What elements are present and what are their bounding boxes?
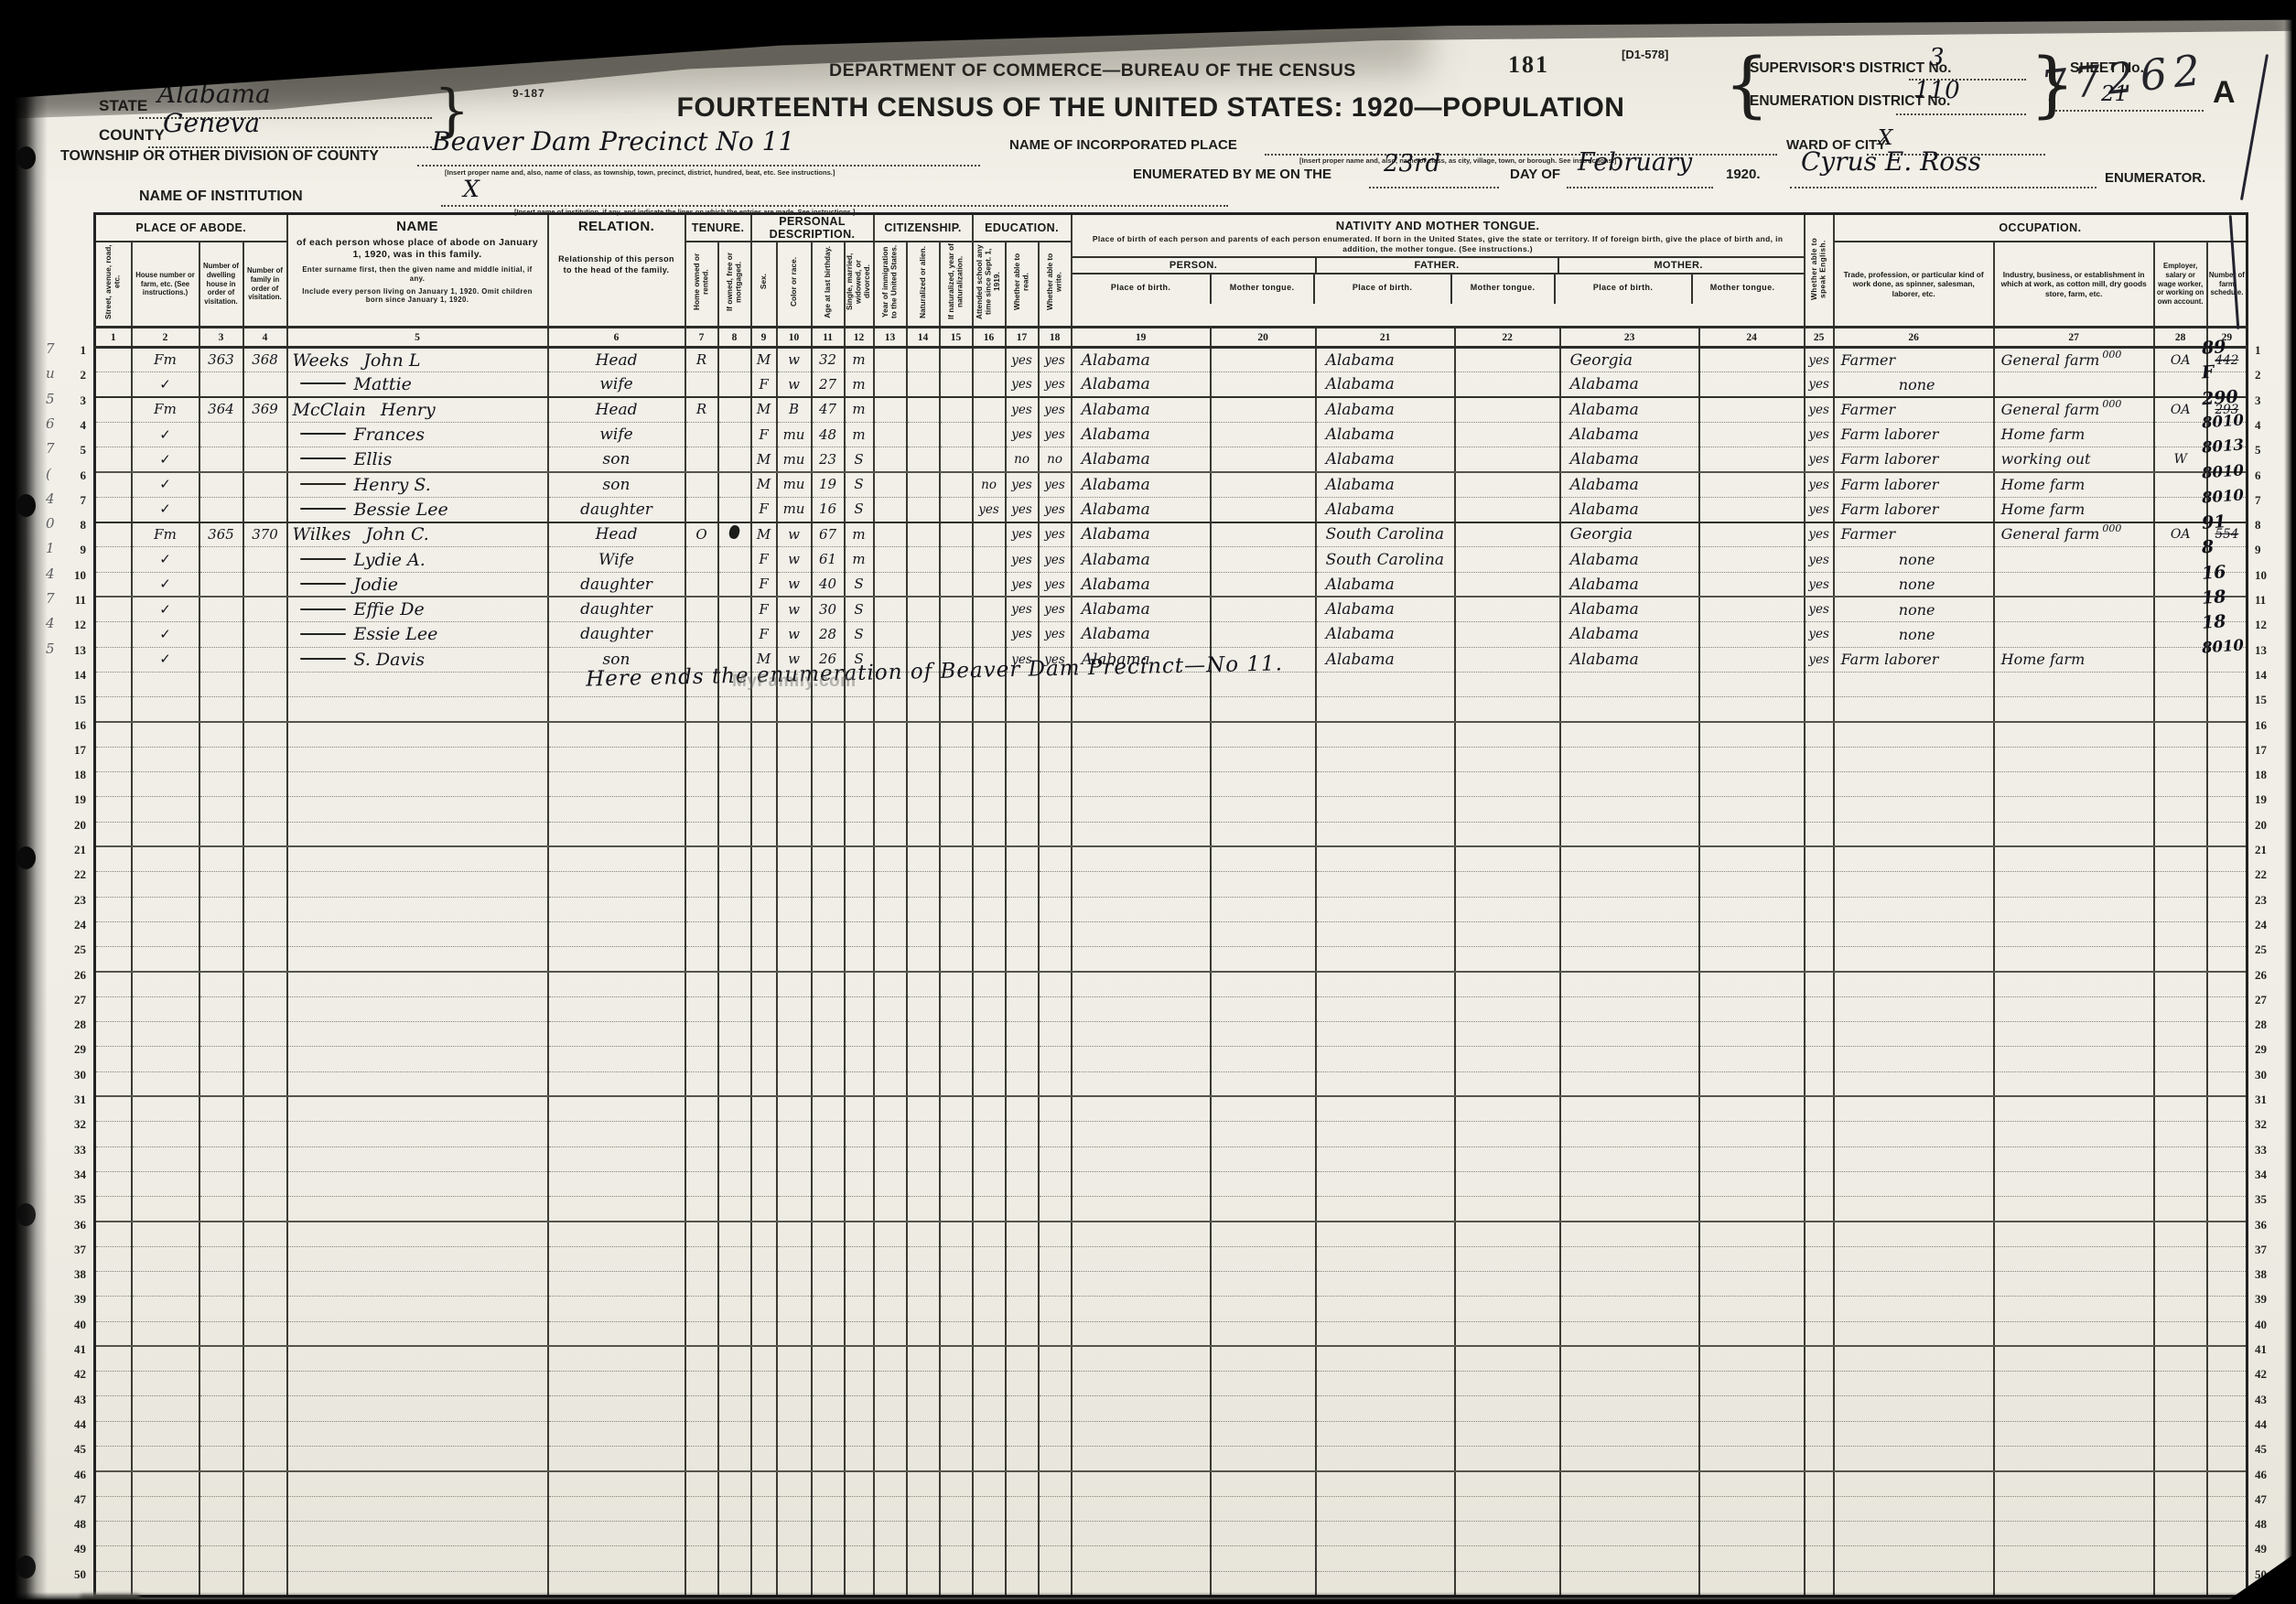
census-line-28: [95, 1022, 2247, 1047]
supervisor-district-label: SUPERVISOR'S DISTRICT No.: [1750, 60, 1951, 77]
line-number-right-13: 13: [2255, 643, 2279, 658]
column-industry: Industry, business, or establishment in …: [1994, 242, 2154, 328]
census-line-24: [95, 921, 2247, 946]
column-color-race: Color or race.: [777, 242, 812, 328]
column-number-26: 26: [1834, 328, 1994, 348]
column-free-mortgaged: If owned, free or mortgaged.: [718, 242, 751, 328]
census-line-40: [95, 1321, 2247, 1346]
margin-annotation-line-1: 89: [2201, 337, 2226, 359]
line-number-right-42: 42: [2255, 1367, 2279, 1382]
census-line-46: [95, 1471, 2247, 1496]
margin-annotation-line-13: 8010: [2201, 636, 2244, 656]
line-number-left-43: 43: [62, 1393, 86, 1407]
line-number-right-2: 2: [2255, 368, 2279, 382]
group-name: NAME of each person whose place of abode…: [287, 214, 548, 328]
line-number-left-39: 39: [62, 1292, 86, 1307]
column-number-5: 5: [287, 328, 548, 348]
column-number-4: 4: [243, 328, 287, 348]
line-number-left-47: 47: [62, 1492, 86, 1507]
census-line-41: [95, 1346, 2247, 1371]
column-number-19: 19: [1072, 328, 1211, 348]
column-age: Age at last birthday.: [812, 242, 845, 328]
line-number-right-9: 9: [2255, 543, 2279, 557]
line-number-right-25: 25: [2255, 942, 2279, 957]
census-line-36: [95, 1222, 2247, 1246]
column-able-to-write: Whether able to write.: [1039, 242, 1072, 328]
line-number-left-5: 5: [62, 443, 86, 458]
census-line-10: ✓JodiedaughterFw40SyesyesAlabamaAlabamaA…: [95, 572, 2247, 597]
census-line-47: [95, 1496, 2247, 1521]
column-number-22: 22: [1455, 328, 1560, 348]
line-number-right-47: 47: [2255, 1492, 2279, 1507]
column-number-10: 10: [777, 328, 812, 348]
line-number-right-36: 36: [2255, 1218, 2279, 1233]
township-label: TOWNSHIP OR OTHER DIVISION OF COUNTY: [60, 148, 379, 165]
column-number-7: 7: [685, 328, 718, 348]
line-number-right-48: 48: [2255, 1517, 2279, 1532]
year-label: 1920.: [1726, 167, 1761, 182]
line-number-left-24: 24: [62, 918, 86, 932]
census-line-31: [95, 1096, 2247, 1121]
column-able-to-read: Whether able to read.: [1006, 242, 1039, 328]
line-number-right-20: 20: [2255, 818, 2279, 833]
column-dwelling-number: Number of dwelling house in order of vis…: [199, 242, 243, 328]
line-number-right-28: 28: [2255, 1017, 2279, 1032]
census-line-15: [95, 697, 2247, 722]
institution-line: [441, 205, 1228, 207]
line-number-left-30: 30: [62, 1068, 86, 1082]
line-number-right-15: 15: [2255, 693, 2279, 707]
district-brace-right: }: [2030, 44, 2075, 126]
line-number-right-44: 44: [2255, 1417, 2279, 1432]
enumerated-month: February: [1578, 148, 1692, 177]
line-number-left-35: 35: [62, 1192, 86, 1207]
census-table-header: PLACE OF ABODE. NAME of each person whos…: [95, 214, 2247, 348]
margin-annotation-line-7: 8010: [2201, 486, 2244, 506]
margin-annotation-line-12: 18: [2201, 611, 2226, 633]
census-line-20: [95, 822, 2247, 846]
line-number-right-43: 43: [2255, 1393, 2279, 1407]
column-sex: Sex.: [751, 242, 777, 328]
line-number-left-20: 20: [62, 818, 86, 833]
column-number-16: 16: [973, 328, 1006, 348]
line-number-left-45: 45: [62, 1442, 86, 1457]
line-number-left-2: 2: [62, 368, 86, 382]
sheet-label: SHEET No.: [2070, 60, 2144, 77]
incorporated-place-line: [1265, 154, 1777, 156]
sheet-letter: A: [2213, 75, 2236, 111]
mother-pob-header: Place of birth.: [1554, 275, 1691, 304]
census-line-8: Fm365370WilkesJohn C.HeadOMw67myesyesAla…: [95, 522, 2247, 547]
line-number-left-46: 46: [62, 1468, 86, 1482]
census-line-25: [95, 947, 2247, 972]
district-brace-left: {: [1724, 44, 1770, 126]
line-number-right-26: 26: [2255, 968, 2279, 983]
census-line-29: [95, 1047, 2247, 1071]
enumeration-district-value: 110: [1914, 77, 1960, 104]
column-number-14: 14: [907, 328, 940, 348]
person-pob-header: Place of birth.: [1073, 275, 1210, 304]
column-number-2: 2: [132, 328, 199, 348]
column-attended-school: Attended school any time since Sept. 1, …: [973, 242, 1006, 328]
line-number-left-42: 42: [62, 1367, 86, 1382]
census-line-7: ✓Bessie LeedaughterFmu16SyesyesyesAlabam…: [95, 497, 2247, 522]
county-label: COUNTY: [99, 126, 165, 145]
margin-annotation-line-10: 16: [2201, 562, 2226, 584]
hole-punch: [16, 146, 36, 169]
line-number-left-26: 26: [62, 968, 86, 983]
line-number-left-32: 32: [62, 1117, 86, 1132]
line-number-right-35: 35: [2255, 1192, 2279, 1207]
line-number-left-21: 21: [62, 843, 86, 857]
line-number-left-17: 17: [62, 743, 86, 758]
line-number-right-3: 3: [2255, 393, 2279, 408]
line-number-right-22: 22: [2255, 867, 2279, 882]
line-number-right-49: 49: [2255, 1542, 2279, 1556]
hole-punch: [16, 1203, 36, 1226]
census-line-12: ✓Essie LeedaughterFw28SyesyesAlabamaAlab…: [95, 622, 2247, 647]
line-number-right-41: 41: [2255, 1342, 2279, 1357]
line-number-left-7: 7: [62, 493, 86, 508]
institution-value: X: [463, 176, 480, 202]
group-citizenship: CITIZENSHIP.: [874, 214, 973, 242]
line-number-right-18: 18: [2255, 768, 2279, 782]
line-number-left-33: 33: [62, 1143, 86, 1157]
margin-annotation-line-9: 8: [2201, 537, 2215, 558]
column-number-13: 13: [874, 328, 907, 348]
column-number-21: 21: [1316, 328, 1455, 348]
census-line-26: [95, 972, 2247, 996]
column-number-17: 17: [1006, 328, 1039, 348]
line-number-left-3: 3: [62, 393, 86, 408]
margin-annotation-line-2: F: [2201, 362, 2215, 383]
census-line-37: [95, 1246, 2247, 1271]
census-line-43: [95, 1396, 2247, 1421]
line-number-left-13: 13: [62, 643, 86, 658]
column-number-11: 11: [812, 328, 845, 348]
enumerated-day-line: [1369, 187, 1499, 188]
column-number-3: 3: [199, 328, 243, 348]
margin-annotation-line-11: 18: [2201, 587, 2226, 608]
margin-annotation-line-8: 91: [2201, 511, 2226, 533]
column-house-number: House number or farm, etc. (See instruct…: [132, 242, 199, 328]
line-number-left-9: 9: [62, 543, 86, 557]
township-value: Beaver Dam Precinct No 11: [432, 126, 794, 156]
group-personal-description: PERSONAL DESCRIPTION.: [751, 214, 874, 242]
line-number-right-29: 29: [2255, 1042, 2279, 1057]
census-title: FOURTEENTH CENSUS OF THE UNITED STATES: …: [641, 92, 1661, 124]
margin-annotation-line-6: 8010: [2201, 461, 2244, 481]
line-number-right-12: 12: [2255, 618, 2279, 632]
hole-punch: [16, 1556, 36, 1578]
margin-annotation-line-4: 8010: [2201, 411, 2244, 431]
line-number-right-37: 37: [2255, 1243, 2279, 1257]
column-street: Street, avenue, road, etc.: [95, 242, 132, 328]
line-number-left-23: 23: [62, 893, 86, 908]
line-number-left-48: 48: [62, 1517, 86, 1532]
line-number-left-10: 10: [62, 568, 86, 583]
line-number-right-21: 21: [2255, 843, 2279, 857]
enumerated-month-line: [1567, 187, 1713, 188]
father-pob-header: Place of birth.: [1313, 275, 1450, 304]
supervisor-district-value: 3: [1929, 44, 1945, 71]
stamp-number: 181: [1508, 51, 1549, 79]
line-number-right-19: 19: [2255, 792, 2279, 807]
day-of-label: DAY OF: [1510, 167, 1560, 182]
census-line-38: [95, 1271, 2247, 1296]
column-number-24: 24: [1699, 328, 1805, 348]
column-number-27: 27: [1994, 328, 2154, 348]
census-line-6: ✓Henry S.sonMmu19SnoyesyesAlabamaAlabama…: [95, 472, 2247, 497]
line-number-left-25: 25: [62, 942, 86, 957]
column-home-owned: Home owned or rented.: [685, 242, 718, 328]
census-line-17: [95, 747, 2247, 771]
line-number-right-31: 31: [2255, 1093, 2279, 1107]
nativity-mother-header: MOTHER.: [1558, 258, 1798, 273]
census-line-27: [95, 996, 2247, 1021]
hole-punch: [16, 494, 36, 517]
line-number-left-1: 1: [62, 343, 86, 358]
column-number-20: 20: [1211, 328, 1316, 348]
column-marital-status: Single, married, widowed, or divorced.: [845, 242, 874, 328]
incorporated-place-label: NAME OF INCORPORATED PLACE: [1009, 137, 1237, 153]
census-line-32: [95, 1122, 2247, 1146]
line-number-right-27: 27: [2255, 993, 2279, 1007]
pen-stroke: [2240, 54, 2269, 200]
line-number-right-14: 14: [2255, 668, 2279, 683]
nativity-group-note: Place of birth of each person and parent…: [1073, 232, 1804, 256]
census-line-18: [95, 772, 2247, 797]
group-occupation: OCCUPATION.: [1834, 214, 2247, 242]
census-line-16: [95, 722, 2247, 747]
incorporated-place-note: [Insert proper name and, also, name of c…: [1299, 156, 1616, 165]
enumerator-label: ENUMERATOR.: [2105, 170, 2205, 186]
line-number-right-17: 17: [2255, 743, 2279, 758]
column-family-number: Number of family in order of visitation.: [243, 242, 287, 328]
census-line-44: [95, 1421, 2247, 1446]
line-number-left-37: 37: [62, 1243, 86, 1257]
line-number-left-49: 49: [62, 1542, 86, 1556]
nativity-person-header: PERSON.: [1073, 258, 1315, 273]
line-number-right-30: 30: [2255, 1068, 2279, 1082]
column-immigration-year: Year of immigration to the United States…: [874, 242, 907, 328]
census-line-35: [95, 1197, 2247, 1222]
line-number-left-6: 6: [62, 468, 86, 483]
line-number-right-6: 6: [2255, 468, 2279, 483]
column-naturalized: Naturalized or alien.: [907, 242, 940, 328]
census-line-4: ✓FranceswifeFmu48myesyesAlabamaAlabamaAl…: [95, 422, 2247, 447]
line-number-left-14: 14: [62, 668, 86, 683]
margin-annotation-line-3: 290: [2201, 386, 2238, 409]
census-line-33: [95, 1146, 2247, 1171]
name-group-sub2: Enter surname first, then the given name…: [288, 265, 547, 283]
line-number-left-31: 31: [62, 1093, 86, 1107]
column-number-1: 1: [95, 328, 132, 348]
watermark: MyFamily.com: [732, 672, 857, 692]
group-education: EDUCATION.: [973, 214, 1072, 242]
column-number-12: 12: [845, 328, 874, 348]
line-number-right-46: 46: [2255, 1468, 2279, 1482]
column-naturalization-year: If naturalized, year of naturalization.: [940, 242, 973, 328]
column-number-23: 23: [1560, 328, 1699, 348]
form-code: [D1-578]: [1622, 48, 1668, 61]
township-line: [417, 165, 980, 167]
line-number-left-27: 27: [62, 993, 86, 1007]
line-number-left-15: 15: [62, 693, 86, 707]
column-employer-class: Employer, salary or wage worker, or work…: [2154, 242, 2207, 328]
relation-group-sub: Relationship of this person to the head …: [549, 254, 684, 275]
census-line-9: ✓Lydie A.WifeFw61myesyesAlabamaSouth Car…: [95, 547, 2247, 572]
line-number-right-1: 1: [2255, 343, 2279, 358]
census-table-body: Fm363368WeeksJohn LHeadRMw32myesyesAlaba…: [95, 348, 2247, 1597]
census-line-23: [95, 897, 2247, 921]
nativity-group-title: NATIVITY AND MOTHER TONGUE.: [1073, 217, 1804, 232]
person-tongue-header: Mother tongue.: [1210, 275, 1313, 304]
sheet-line: [2055, 110, 2204, 112]
line-number-left-16: 16: [62, 718, 86, 733]
census-line-48: [95, 1521, 2247, 1545]
group-tenure: TENURE.: [685, 214, 751, 242]
line-number-right-8: 8: [2255, 518, 2279, 533]
scan-left-edge: [0, 0, 48, 1604]
line-number-left-34: 34: [62, 1168, 86, 1182]
column-number-15: 15: [940, 328, 973, 348]
line-number-right-34: 34: [2255, 1168, 2279, 1182]
name-group-sub3: Include every person living on January 1…: [288, 287, 547, 305]
line-number-right-4: 4: [2255, 418, 2279, 433]
column-number-25: 25: [1805, 328, 1834, 348]
name-group-sub1: of each person whose place of abode on J…: [288, 237, 547, 261]
line-number-left-44: 44: [62, 1417, 86, 1432]
census-line-49: [95, 1546, 2247, 1571]
census-line-22: [95, 872, 2247, 897]
line-number-left-19: 19: [62, 792, 86, 807]
enumeration-district-line: [1896, 113, 2026, 115]
census-line-39: [95, 1297, 2247, 1321]
column-number-18: 18: [1039, 328, 1072, 348]
census-line-30: [95, 1071, 2247, 1096]
census-line-5: ✓EllissonMmu23SnonoAlabamaAlabamaAlabama…: [95, 447, 2247, 472]
relation-group-title: RELATION.: [549, 217, 684, 234]
line-number-right-11: 11: [2255, 593, 2279, 608]
township-note: [Insert proper name and, also, name of c…: [445, 168, 835, 177]
line-number-left-28: 28: [62, 1017, 86, 1032]
line-number-left-11: 11: [62, 593, 86, 608]
nativity-father-header: FATHER.: [1315, 258, 1558, 273]
line-number-right-33: 33: [2255, 1143, 2279, 1157]
group-nativity: NATIVITY AND MOTHER TONGUE. Place of bir…: [1072, 214, 1805, 328]
enumerated-day: 23rd: [1384, 150, 1440, 178]
enumerator-name: Cyrus E. Ross: [1801, 146, 1981, 177]
census-scan-page: 9-187 DEPARTMENT OF COMMERCE—BUREAU OF T…: [0, 0, 2296, 1604]
line-number-right-45: 45: [2255, 1442, 2279, 1457]
line-number-left-22: 22: [62, 867, 86, 882]
group-place-of-abode: PLACE OF ABODE.: [95, 214, 287, 242]
column-number-row: 1234567891011121314151617181920212223242…: [95, 328, 2247, 348]
column-trade: Trade, profession, or particular kind of…: [1834, 242, 1994, 328]
line-number-left-40: 40: [62, 1318, 86, 1332]
census-line-42: [95, 1372, 2247, 1396]
group-relation: RELATION. Relationship of this person to…: [548, 214, 685, 328]
line-number-right-32: 32: [2255, 1117, 2279, 1132]
sheet-value: 21: [2101, 82, 2128, 106]
line-number-right-5: 5: [2255, 443, 2279, 458]
line-number-right-10: 10: [2255, 568, 2279, 583]
mother-tongue-header: Mother tongue.: [1691, 275, 1793, 304]
census-line-19: [95, 797, 2247, 822]
census-line-2: ✓MattiewifeFw27myesyesAlabamaAlabamaAlab…: [95, 372, 2247, 397]
line-number-left-38: 38: [62, 1267, 86, 1282]
hole-punch: [16, 846, 36, 869]
enumerator-name-line: [1790, 187, 2097, 188]
column-number-9: 9: [751, 328, 777, 348]
line-number-left-29: 29: [62, 1042, 86, 1057]
line-number-right-38: 38: [2255, 1267, 2279, 1282]
line-number-right-39: 39: [2255, 1292, 2279, 1307]
census-line-21: [95, 846, 2247, 871]
column-number-6: 6: [548, 328, 685, 348]
name-group-title: NAME: [288, 217, 547, 234]
line-number-right-23: 23: [2255, 893, 2279, 908]
father-tongue-header: Mother tongue.: [1450, 275, 1554, 304]
column-speak-english: Whether able to speak English.: [1805, 214, 1834, 328]
census-line-11: ✓Effie DedaughterFw30SyesyesAlabamaAlaba…: [95, 597, 2247, 621]
margin-annotation-line-5: 8013: [2201, 436, 2244, 457]
line-number-left-50: 50: [62, 1567, 86, 1582]
line-number-left-4: 4: [62, 418, 86, 433]
census-table: PLACE OF ABODE. NAME of each person whos…: [93, 212, 2248, 1598]
line-number-right-7: 7: [2255, 493, 2279, 508]
line-number-left-18: 18: [62, 768, 86, 782]
census-line-1: Fm363368WeeksJohn LHeadRMw32myesyesAlaba…: [95, 348, 2247, 372]
scan-right-edge: [2284, 0, 2296, 1604]
line-number-right-40: 40: [2255, 1318, 2279, 1332]
census-line-3: Fm364369McClainHenryHeadRMB47myesyesAlab…: [95, 397, 2247, 422]
line-number-right-24: 24: [2255, 918, 2279, 932]
enumerated-label: ENUMERATED BY ME ON THE: [1133, 167, 1331, 182]
census-line-34: [95, 1171, 2247, 1196]
column-farm-schedule: Number of farm schedule.: [2207, 242, 2247, 328]
column-number-8: 8: [718, 328, 751, 348]
line-number-left-36: 36: [62, 1218, 86, 1233]
scan-bottom-edge: [0, 1592, 2296, 1604]
line-number-right-16: 16: [2255, 718, 2279, 733]
column-number-28: 28: [2154, 328, 2207, 348]
line-number-left-8: 8: [62, 518, 86, 533]
line-number-left-12: 12: [62, 618, 86, 632]
census-line-45: [95, 1447, 2247, 1471]
line-number-left-41: 41: [62, 1342, 86, 1357]
institution-label: NAME OF INSTITUTION: [139, 188, 303, 205]
